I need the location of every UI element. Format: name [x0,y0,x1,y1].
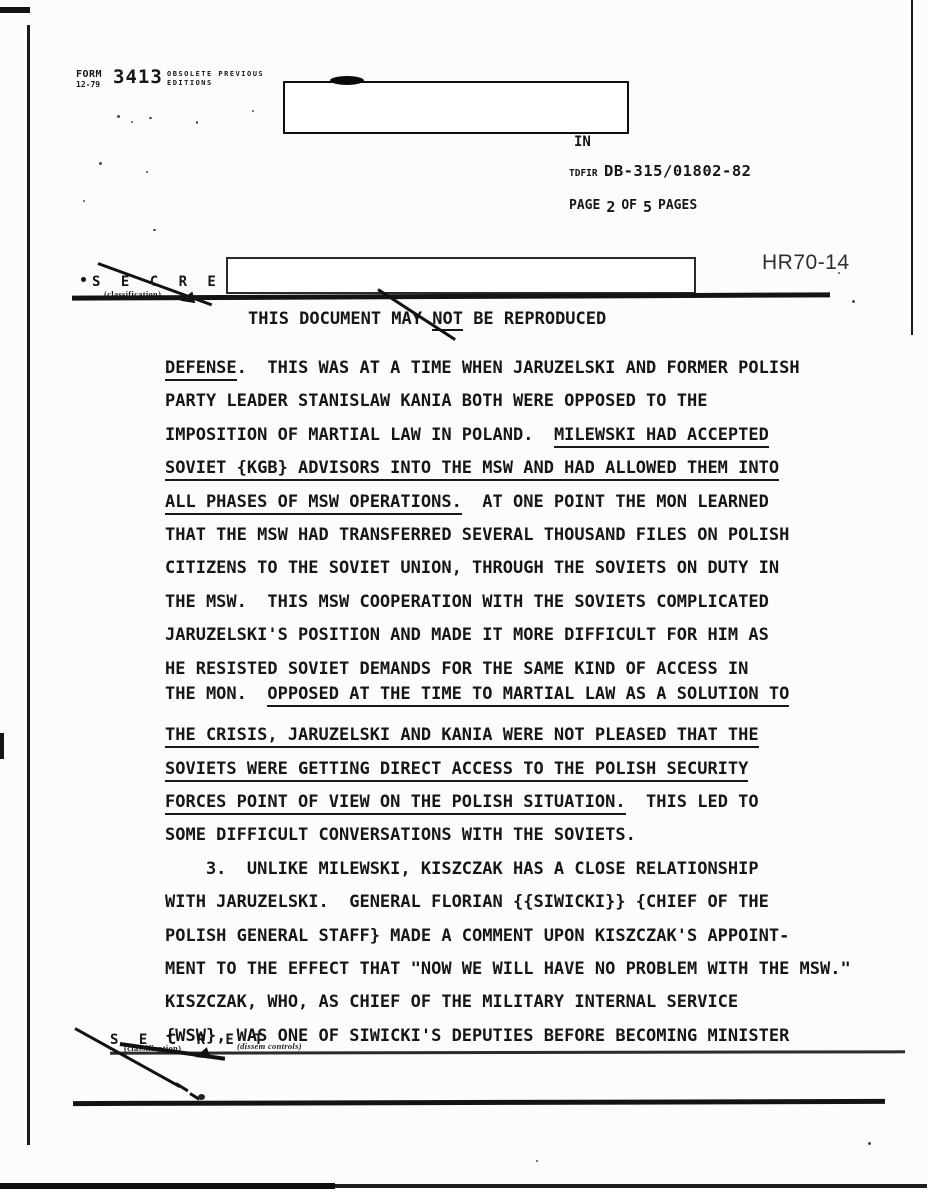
typewritten-line: SOME DIFFICULT CONVERSATIONS WITH THE SO… [165,822,927,855]
document-body-text: DEFENSE. THIS WAS AT A TIME WHEN JARUZEL… [165,355,927,1056]
scan-speck [149,117,152,119]
scan-speck [99,162,102,165]
typewritten-line: SOVIET {KGB} ADVISORS INTO THE MSW AND H… [165,455,927,488]
form-obsolete-note-line2: EDITIONS [167,79,213,87]
bullet-dot [81,277,86,282]
typewritten-line: THE MSW. THIS MSW COOPERATION WITH THE S… [165,589,927,622]
typewritten-line: WITH JARUZELSKI. GENERAL FLORIAN {{SIWIC… [165,889,927,922]
page-count-line: PAGE2OF5PAGES [569,195,697,213]
typewritten-line: PARTY LEADER STANISLAW KANIA BOTH WERE O… [165,388,927,421]
scan-right-edge-line [911,0,913,335]
typewritten-line: FORCES POINT OF VIEW ON THE POLISH SITUA… [165,789,927,822]
page-bottom-edge-line-thick [0,1183,335,1189]
dissem-controls-label: (dissem controls) [237,1041,302,1051]
scan-speck [536,1160,538,1162]
typewritten-line: SOVIETS WERE GETTING DIRECT ACCESS TO TH… [165,756,927,789]
scan-left-margin-tick [0,733,4,759]
form-date: 12-79 [76,80,100,89]
hr-release-stamp: HR70-14 [762,251,850,275]
scan-speck [852,300,855,303]
repro-text-pre: THIS DOCUMENT MAY [248,309,432,329]
typewritten-line: THE CRISIS, JARUZELSKI AND KANIA WERE NO… [165,722,927,755]
form-label: FORM [76,69,102,80]
header-in-label: IN [574,134,591,150]
typewritten-line: ALL PHASES OF MSW OPERATIONS. AT ONE POI… [165,489,927,522]
footer-thick-rule [73,1099,885,1106]
typewritten-line: THAT THE MSW HAD TRANSFERRED SEVERAL THO… [165,522,927,555]
scan-speck [83,200,85,202]
scan-speck [838,272,840,274]
scan-speck [146,171,148,173]
scan-speck [252,110,254,112]
typewritten-line: JARUZELSKI'S POSITION AND MADE IT MORE D… [165,622,927,655]
typewritten-line: IMPOSITION OF MARTIAL LAW IN POLAND. MIL… [165,422,927,455]
scan-speck [117,115,120,118]
typewritten-line: CITIZENS TO THE SOVIET UNION, THROUGH TH… [165,555,927,588]
of-word: OF [621,198,637,213]
redaction-box-classification-line [226,257,696,294]
scan-speck [868,1142,871,1145]
tdfir-document-number: DB-315/01802-82 [604,162,751,180]
typewritten-line: DEFENSE. THIS WAS AT A TIME WHEN JARUZEL… [165,355,927,388]
form-number: 3413 [113,66,163,88]
repro-text-post: BE REPRODUCED [463,309,606,329]
scan-left-edge-line [27,25,30,1145]
tdfir-label: TDFIR [569,168,598,179]
typewritten-line: KISZCZAK, WHO, AS CHIEF OF THE MILITARY … [165,989,927,1022]
document-page: FORM 12-79 3413 OBSOLETE PREVIOUS EDITIO… [0,0,927,1192]
typewritten-line: POLISH GENERAL STAFF} MADE A COMMENT UPO… [165,923,927,956]
redaction-box-top [283,81,629,134]
typewritten-line: MENT TO THE EFFECT THAT "NOW WE WILL HAV… [165,956,927,989]
ink-blob [198,1094,205,1100]
form-obsolete-note-line1: OBSOLETE PREVIOUS [167,70,264,78]
scan-speck [131,121,133,123]
scan-speck [153,229,156,231]
typewritten-line: THE MON. OPPOSED AT THE TIME TO MARTIAL … [165,681,927,714]
pages-word: PAGES [658,198,697,213]
page-total-number: 5 [643,198,652,216]
scan-corner-dash [0,7,30,13]
scan-speck [196,121,198,124]
page-word: PAGE [569,198,600,213]
typewritten-line: 3. UNLIKE MILEWSKI, KISZCZAK HAS A CLOSE… [165,856,927,889]
redaction-box-top-ink-blob [330,76,364,85]
page-current-number: 2 [606,198,615,216]
